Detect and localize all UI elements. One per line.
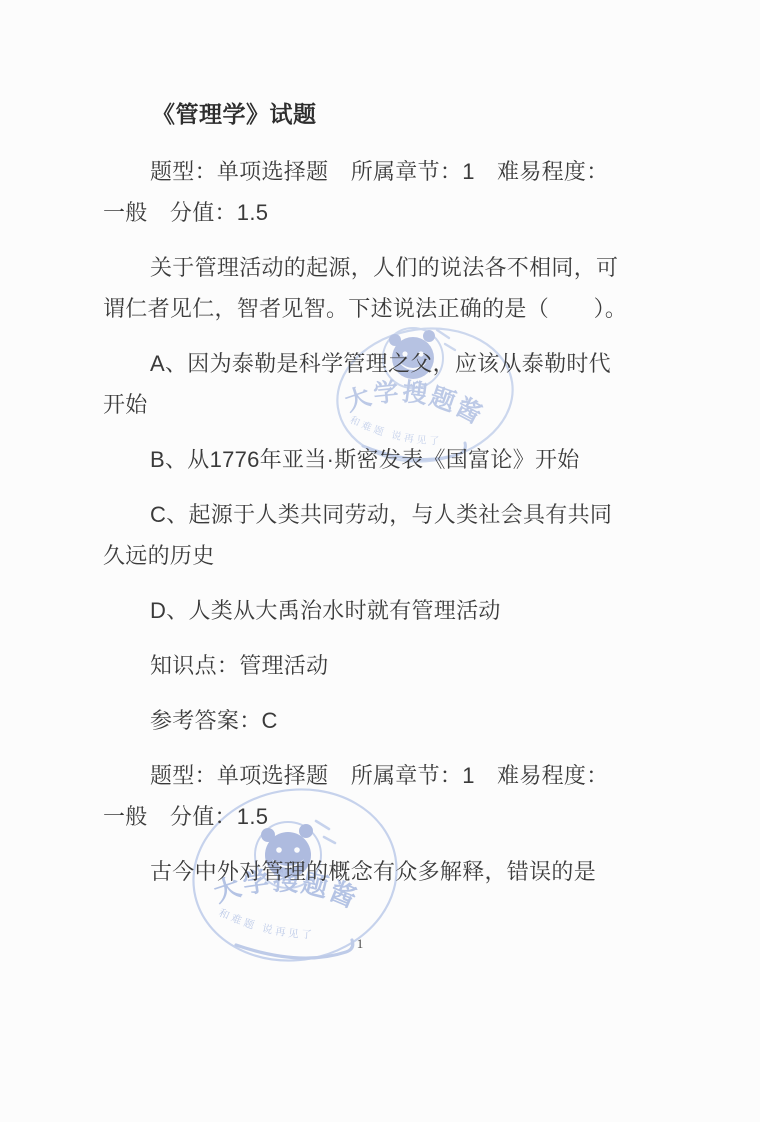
page-title: 《管理学》试题: [103, 94, 633, 135]
q1-option-d-line-1: D、人类从大禹治水时就有管理活动: [103, 590, 633, 631]
q1-meta-line-2: 一般 分值：1.5: [103, 192, 633, 233]
q2-stem-line-1: 古今中外对管理的概念有众多解释，错误的是: [103, 851, 633, 892]
q1-stem: 关于管理活动的起源，人们的说法各不相同，可谓仁者见仁，智者见智。下述说法正确的是…: [103, 247, 633, 329]
q2-stem: 古今中外对管理的概念有众多解释，错误的是: [103, 851, 633, 892]
q1-option-d: D、人类从大禹治水时就有管理活动: [103, 590, 633, 631]
q2-meta: 题型：单项选择题 所属章节：1 难易程度：一般 分值：1.5: [103, 755, 633, 837]
q1-meta-line-1: 题型：单项选择题 所属章节：1 难易程度：: [103, 151, 633, 192]
document-body: 《管理学》试题 题型：单项选择题 所属章节：1 难易程度：一般 分值：1.5关于…: [103, 94, 633, 892]
q1-option-b: B、从1776年亚当·斯密发表《国富论》开始: [103, 439, 633, 480]
q2-meta-line-2: 一般 分值：1.5: [103, 796, 633, 837]
q1-option-c-line-1: C、起源于人类共同劳动，与人类社会具有共同: [103, 494, 633, 535]
q2-meta-line-1: 题型：单项选择题 所属章节：1 难易程度：: [103, 755, 633, 796]
q1-stem-line-2: 谓仁者见仁，智者见智。下述说法正确的是（ ）。: [103, 288, 633, 329]
q1-option-c: C、起源于人类共同劳动，与人类社会具有共同久远的历史: [103, 494, 633, 576]
paragraph-list: 题型：单项选择题 所属章节：1 难易程度：一般 分值：1.5关于管理活动的起源，…: [103, 151, 633, 892]
q1-meta: 题型：单项选择题 所属章节：1 难易程度：一般 分值：1.5: [103, 151, 633, 233]
q1-knowledge-line-1: 知识点：管理活动: [103, 645, 633, 686]
q1-stem-line-1: 关于管理活动的起源，人们的说法各不相同，可: [103, 247, 633, 288]
q1-answer: 参考答案：C: [103, 700, 633, 741]
q1-answer-line-1: 参考答案：C: [103, 700, 633, 741]
q1-option-c-line-2: 久远的历史: [103, 535, 633, 576]
q1-knowledge: 知识点：管理活动: [103, 645, 633, 686]
q1-option-b-line-1: B、从1776年亚当·斯密发表《国富论》开始: [103, 439, 633, 480]
page-number: 1: [0, 936, 720, 952]
document-page: { "page": { "title": "《管理学》试题", "page_nu…: [0, 0, 760, 1122]
q1-option-a-line-1: A、因为泰勒是科学管理之父，应该从泰勒时代: [103, 343, 633, 384]
q1-option-a: A、因为泰勒是科学管理之父，应该从泰勒时代开始: [103, 343, 633, 425]
q1-option-a-line-2: 开始: [103, 384, 633, 425]
